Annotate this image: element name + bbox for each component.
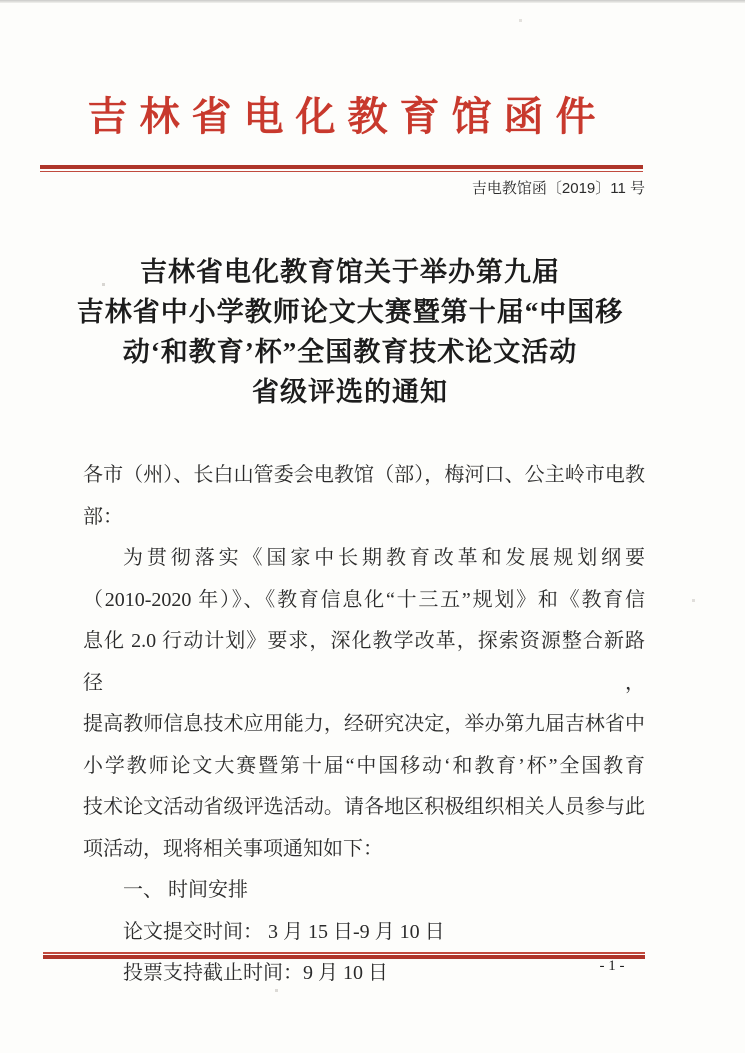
page-number: - 1 - [588,958,636,975]
letterhead-title: 吉林省电化教育馆函件 [40,93,643,141]
notice-title-line-1: 吉林省电化教育馆关于举办第九届 [40,252,660,292]
body-line-paragraph: 为贯彻落实《国家中长期教育改革和发展规划纲要 [83,538,645,580]
body-line-salutation: 各市（州）、长白山管委会电教馆（部），梅河口、公主岭市电教 [83,455,645,497]
body-line-section-heading: 一、 时间安排 [83,870,645,912]
scanned-document-page: 吉林省电化教育馆函件 吉电教馆函〔2019〕11 号 吉林省电化教育馆关于举办第… [0,0,745,1053]
notice-title-line-4: 省级评选的通知 [40,372,660,412]
document-number: 吉电教馆函〔2019〕11 号 [40,177,645,198]
body-line-paragraph-end: 项活动，现将相关事项通知如下： [83,829,645,871]
body-line-paragraph: （2010-2020 年）》、《教育信息化“十三五”规划》和《教育信 [83,580,645,622]
scan-dust-specks [0,0,1,1]
body-line-paragraph: 息化 2.0 行动计划》要求，深化教学改革，探索资源整合新路径， [83,621,645,704]
notice-title: 吉林省电化教育馆关于举办第九届 吉林省中小学教师论文大赛暨第十届“中国移 动‘和… [40,252,660,412]
footer-double-rule [43,952,645,959]
body-line-vote-deadline: 投票支持截止时间：9 月 10 日 [83,953,645,995]
notice-title-line-3: 动‘和教育’杯”全国教育技术论文活动 [40,332,660,372]
notice-body: 各市（州）、长白山管委会电教馆（部），梅河口、公主岭市电教 部： 为贯彻落实《国… [83,455,645,995]
notice-title-line-2: 吉林省中小学教师论文大赛暨第十届“中国移 [40,292,660,332]
rule-thin-line [40,171,643,173]
scan-edge-artifact [0,0,745,3]
body-line-paragraph: 小学教师论文大赛暨第十届“中国移动‘和教育’杯”全国教育 [83,746,645,788]
body-line-paragraph: 提高教师信息技术应用能力，经研究决定，举办第九届吉林省中 [83,704,645,746]
rule-thick-line [43,955,645,959]
body-line-salutation-2: 部： [83,497,645,539]
body-line-paragraph: 技术论文活动省级评选活动。请各地区积极组织相关人员参与此 [83,787,645,829]
body-line-submission-time: 论文提交时间： 3 月 15 日-9 月 10 日 [83,912,645,954]
letterhead-double-rule [40,165,643,172]
